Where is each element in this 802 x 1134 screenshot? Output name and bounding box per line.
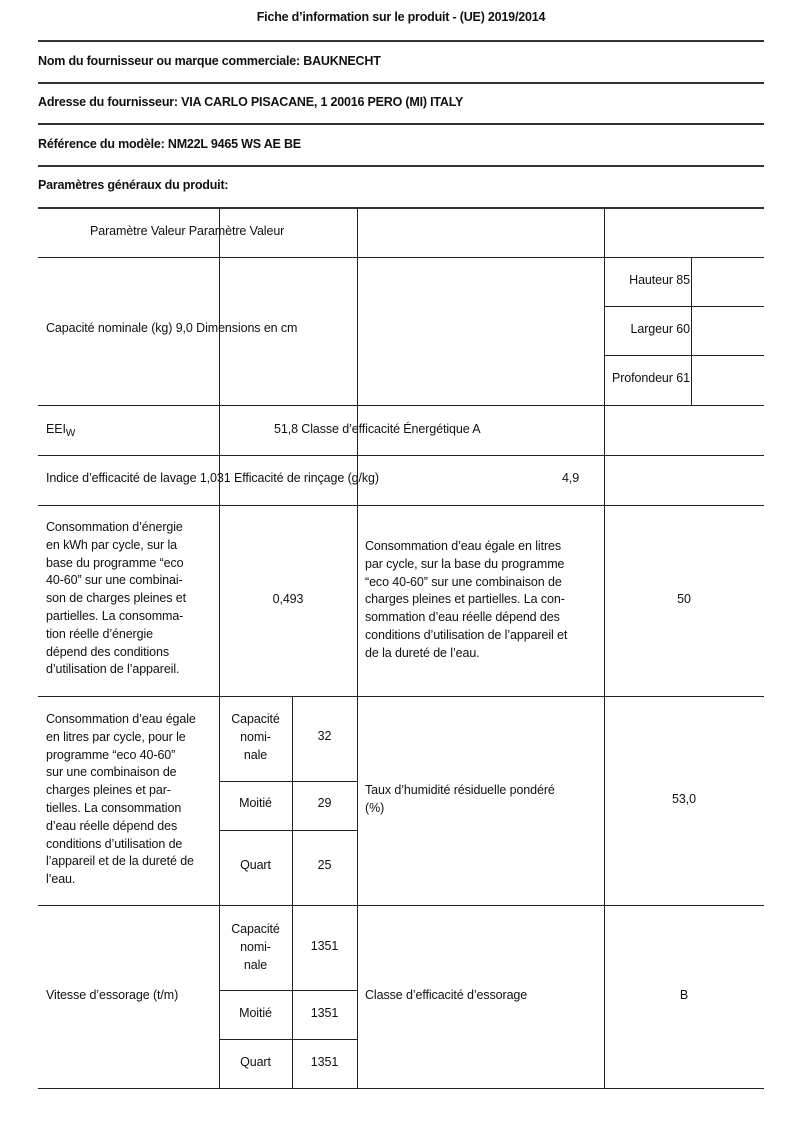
row-line <box>38 455 764 456</box>
text-line: d’utilisation de l’appareil. <box>46 661 186 679</box>
text-line: Taux d’humidité résiduelle pondéré <box>365 782 555 800</box>
row-line <box>38 505 764 506</box>
row-line <box>219 830 357 831</box>
text-line: Consommation d’énergie <box>46 519 186 537</box>
document-title: Fiche d’information sur le produit - (UE… <box>0 10 802 24</box>
text-line: nomi- <box>219 939 292 957</box>
text-line: Consommation d’eau égale en litres <box>365 538 567 556</box>
eeiw-label: EEIW <box>46 421 75 439</box>
text-line: nale <box>219 747 292 765</box>
text-line: (%) <box>365 800 555 818</box>
text-line: d’eau réelle dépend des <box>46 818 196 836</box>
supplier-name: Nom du fournisseur ou marque commerciale… <box>38 54 381 68</box>
text-line: Capacité <box>219 711 292 729</box>
text-line: programme “eco 40-60” <box>46 747 196 765</box>
dimension-height: Hauteur 85 <box>604 272 690 290</box>
col-line <box>691 257 692 405</box>
text-line: base du programme “eco <box>46 555 186 573</box>
text-line: conditions d’utilisation de <box>46 836 196 854</box>
text-line: Consommation d’eau égale <box>46 711 196 729</box>
spin-half-value: 1351 <box>292 1005 357 1023</box>
divider <box>38 82 764 84</box>
humidity-value: 53,0 <box>604 791 764 809</box>
text-line: son de charges pleines et <box>46 590 186 608</box>
text-line: Quart <box>219 1054 292 1072</box>
text-line: partielles. La consomma- <box>46 608 186 626</box>
col-line <box>357 207 358 1089</box>
text-line: l’appareil et de la dureté de <box>46 853 196 871</box>
row-line <box>604 306 764 307</box>
row-line <box>38 905 764 906</box>
row-line <box>604 355 764 356</box>
table-top-rule <box>38 207 764 209</box>
text-line: en litres par cycle, pour le <box>46 729 196 747</box>
load-label-half: Moitié <box>219 795 292 813</box>
text-line: tion réelle d’énergie <box>46 626 186 644</box>
text-line: sommation d’eau réelle dépend des <box>365 609 567 627</box>
eeiw-value: 51,8 Classe d’efficacité Énergétique A <box>274 421 481 439</box>
spin-nominal-value: 1351 <box>292 938 357 956</box>
text-line: charges pleines et partielles. La con- <box>365 591 567 609</box>
spin-load-label-nominal: Capaciténomi-nale <box>219 921 292 974</box>
text-line: 40-60” sur une combinai- <box>46 572 186 590</box>
spin-speed-label: Vitesse d’essorage (t/m) <box>46 987 178 1005</box>
text-line: nomi- <box>219 729 292 747</box>
text-line: l’eau. <box>46 871 196 889</box>
text-line: dépend des conditions <box>46 644 186 662</box>
text-line: Capacité <box>219 921 292 939</box>
water-consumption-value: 50 <box>604 591 764 609</box>
spin-load-label-quarter: Quart <box>219 1054 292 1072</box>
row-line <box>38 405 764 406</box>
energy-consumption-label: Consommation d’énergieen kWh par cycle, … <box>46 519 186 679</box>
dimension-width: Largeur 60 <box>604 321 690 339</box>
text-line: en kWh par cycle, sur la <box>46 537 186 555</box>
water-quarter-value: 25 <box>292 857 357 875</box>
water-nominal-value: 32 <box>292 728 357 746</box>
general-params-heading: Paramètres généraux du produit: <box>38 178 228 192</box>
supplier-address: Adresse du fournisseur: VIA CARLO PISACA… <box>38 95 463 109</box>
spin-load-label-half: Moitié <box>219 1005 292 1023</box>
model-reference: Référence du modèle: NM22L 9465 WS AE BE <box>38 137 301 151</box>
text-line: nale <box>219 957 292 975</box>
load-label-nominal: Capaciténomi-nale <box>219 711 292 764</box>
water-half-value: 29 <box>292 795 357 813</box>
water-consumption-label: Consommation d’eau égale en litrespar cy… <box>365 538 567 663</box>
energy-consumption-value: 0,493 <box>219 591 357 609</box>
water-per-load-label: Consommation d’eau égaleen litres par cy… <box>46 711 196 889</box>
humidity-label: Taux d’humidité résiduelle pondéré(%) <box>365 782 555 818</box>
text-line: “eco 40-60” sur une combinaison de <box>365 574 567 592</box>
row-line <box>38 696 764 697</box>
text-line: conditions d’utilisation de l’appareil e… <box>365 627 567 645</box>
dimension-depth: Profondeur 61 <box>612 370 690 388</box>
text-line: charges pleines et par- <box>46 782 196 800</box>
text-line: par cycle, sur la base du programme <box>365 556 567 574</box>
row-line <box>38 1088 764 1089</box>
row-line <box>219 1039 357 1040</box>
spin-class-label: Classe d’efficacité d’essorage <box>365 987 527 1005</box>
spin-class-value: B <box>604 987 764 1005</box>
row-line <box>219 781 357 782</box>
divider <box>38 40 764 42</box>
rinse-value: 4,9 <box>562 470 579 488</box>
divider <box>38 165 764 167</box>
text-line: sur une combinaison de <box>46 764 196 782</box>
capacity-row-text: Capacité nominale (kg) 9,0 Dimensions en… <box>46 320 297 338</box>
text-line: tielles. La consommation <box>46 800 196 818</box>
row-line <box>219 990 357 991</box>
spin-quarter-value: 1351 <box>292 1054 357 1072</box>
col-line <box>604 207 605 1089</box>
text-line: Quart <box>219 857 292 875</box>
divider <box>38 123 764 125</box>
text-line: de la dureté de l’eau. <box>365 645 567 663</box>
wash-efficiency-text: Indice d’efficacité de lavage 1,031 Effi… <box>46 470 379 488</box>
text-line: Moitié <box>219 1005 292 1023</box>
table-header: Paramètre Valeur Paramètre Valeur <box>90 223 284 241</box>
text-line: Moitié <box>219 795 292 813</box>
load-label-quarter: Quart <box>219 857 292 875</box>
row-line <box>38 257 764 258</box>
